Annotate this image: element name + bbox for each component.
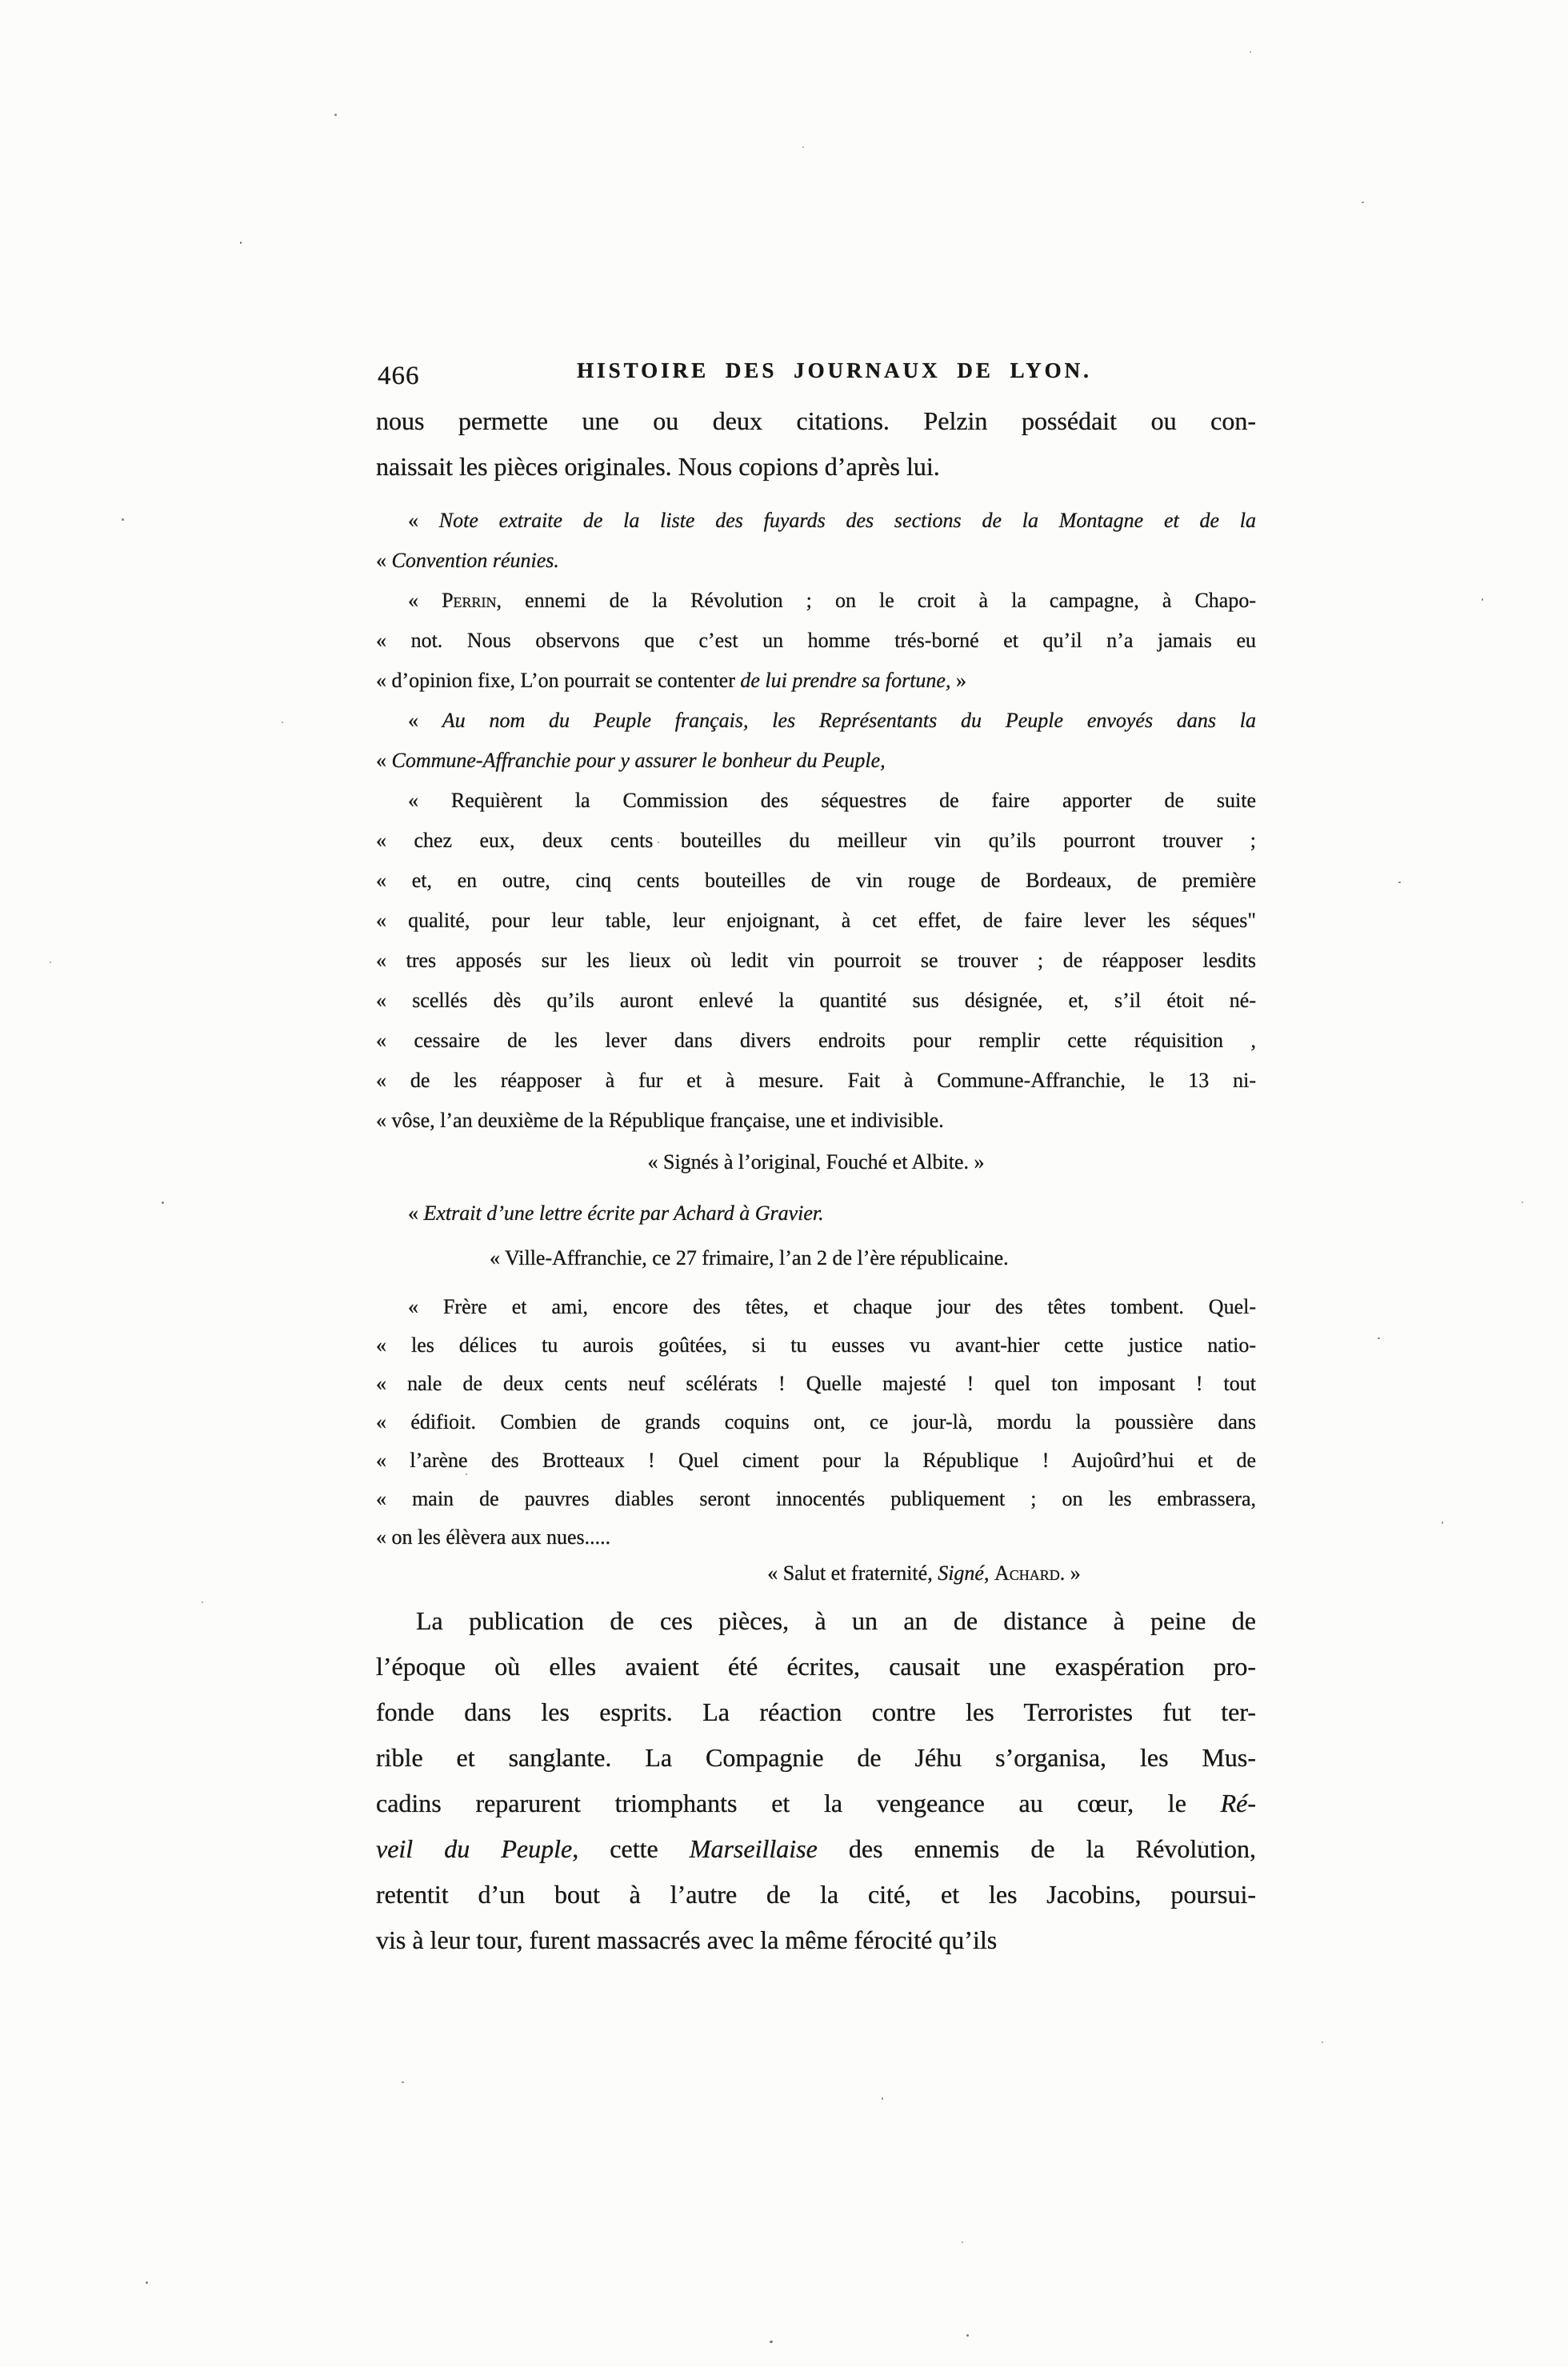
text-line: « d’opinion fixe, L’on pourrait se conte… <box>376 661 1256 701</box>
text-line: veil du Peuple, cette Marseillaise des e… <box>376 1826 1256 1872</box>
text-line: « de les réapposer à fur et à mesure. Fa… <box>376 1061 1256 1101</box>
signature-line: « Signés à l’original, Fouché et Albite.… <box>376 1142 1256 1182</box>
letter-dateline: « Ville-Affranchie, ce 27 frimaire, l’an… <box>376 1238 1256 1278</box>
text-line: « qualité, pour leur table, leur enjoign… <box>376 901 1256 941</box>
text-line: vis à leur tour, furent massacrés avec l… <box>376 1917 1256 1963</box>
text-line: naissait les pièces originales. Nous cop… <box>376 444 1256 490</box>
book-page: 466 HISTOIRE DES JOURNAUX DE LYON. nous … <box>0 0 1568 2367</box>
text-line: « Commune-Affranchie pour y assurer le b… <box>376 741 1256 781</box>
text-line: La publication de ces pièces, à un an de… <box>376 1598 1256 1644</box>
text-line: « chez eux, deux cents bouteilles du mei… <box>376 821 1256 861</box>
quote-au-nom-du-peuple: « Au nom du Peuple français, les Représe… <box>376 701 1256 781</box>
text-line: « Frère et ami, encore des têtes, et cha… <box>376 1288 1256 1326</box>
text-line: « nale de deux cents neuf scélérats ! Qu… <box>376 1365 1256 1403</box>
text-line: retentit d’un bout à l’autre de la cité,… <box>376 1872 1256 1917</box>
text-line: « Ville-Affranchie, ce 27 frimaire, l’an… <box>376 1238 1256 1278</box>
text-line: « Requièrent la Commission des séquestre… <box>376 781 1256 821</box>
text-line: « édifioit. Combien de grands coquins on… <box>376 1403 1256 1441</box>
page-header: 466 HISTOIRE DES JOURNAUX DE LYON. <box>376 358 1256 394</box>
text-line: « Au nom du Peuple français, les Représe… <box>376 701 1256 741</box>
text-line: « main de pauvres diables seront innocen… <box>376 1480 1256 1518</box>
text-line: « Convention réunies. <box>376 541 1256 581</box>
text-line: cadins reparurent triomphants et la veng… <box>376 1781 1256 1826</box>
page-number: 466 <box>378 362 420 391</box>
text-line: l’époque où elles avaient été écrites, c… <box>376 1644 1256 1689</box>
text-line: « Extrait d’une lettre écrite par Achard… <box>376 1193 1256 1233</box>
text-line: « Signés à l’original, Fouché et Albite.… <box>376 1142 1256 1182</box>
text-line: « on les élèvera aux nues..... <box>376 1518 1256 1557</box>
paragraph-intro: nous permette une ou deux citations. Pel… <box>376 398 1256 490</box>
quote-extrait-lettre: « Extrait d’une lettre écrite par Achard… <box>376 1193 1256 1233</box>
text-line: nous permette une ou deux citations. Pel… <box>376 398 1256 444</box>
quote-requisition: « Requièrent la Commission des séquestre… <box>376 781 1256 1141</box>
text-line: « cessaire de les lever dans divers endr… <box>376 1021 1256 1061</box>
letter-closing-line: « Salut et fraternité, Signé, Achard. » <box>376 1553 1256 1593</box>
text-line: « Perrin, ennemi de la Révolution ; on l… <box>376 581 1256 621</box>
running-title: HISTOIRE DES JOURNAUX DE LYON. <box>376 358 1256 383</box>
text-line: fonde dans les esprits. La réaction cont… <box>376 1689 1256 1735</box>
text-line: « et, en outre, cinq cents bouteilles de… <box>376 861 1256 901</box>
text-line: « l’arène des Brotteaux ! Quel ciment po… <box>376 1441 1256 1480</box>
quote-letter-achard: « Frère et ami, encore des têtes, et cha… <box>376 1288 1256 1557</box>
text-line: « les délices tu aurois goûtées, si tu e… <box>376 1326 1256 1365</box>
paragraph-closing: La publication de ces pièces, à un an de… <box>376 1598 1256 1963</box>
text-line: « Note extraite de la liste des fuyards … <box>376 501 1256 541</box>
text-line: « not. Nous observons que c’est un homme… <box>376 621 1256 661</box>
text-line: « scellés dès qu’ils auront enlevé la qu… <box>376 981 1256 1021</box>
text-line: rible et sanglante. La Compagnie de Jéhu… <box>376 1735 1256 1781</box>
text-line: « tres apposés sur les lieux où ledit vi… <box>376 941 1256 981</box>
text-line: « vôse, l’an deuxième de la République f… <box>376 1101 1256 1141</box>
text-line: « Salut et fraternité, Signé, Achard. » <box>592 1553 1256 1593</box>
quote-note-extraite: « Note extraite de la liste des fuyards … <box>376 501 1256 581</box>
quote-perrin: « Perrin, ennemi de la Révolution ; on l… <box>376 581 1256 701</box>
